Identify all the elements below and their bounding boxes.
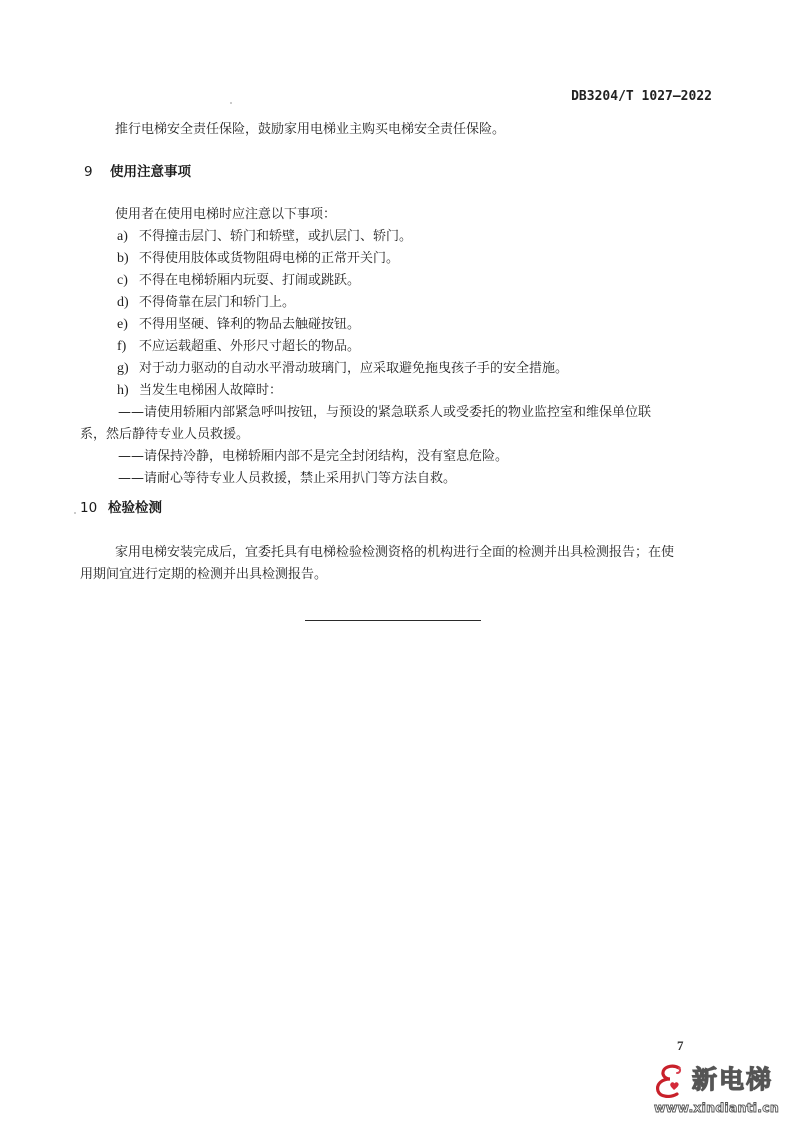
list-item: e)不得用坚硬、锋利的物品去触碰按钮。 (117, 317, 360, 333)
list-item-text: 不应运载超重、外形尺寸超长的物品。 (139, 339, 360, 354)
list-item: c)不得在电梯轿厢内玩耍、打闹或跳跃。 (117, 273, 360, 289)
list-item-text: 不得在电梯轿厢内玩耍、打闹或跳跃。 (139, 273, 360, 288)
list-item-text: 不得撞击层门、轿门和轿壁，或扒层门、轿门。 (139, 229, 412, 244)
section-9-heading: 9使用注意事项 (84, 164, 191, 180)
watermark-title: 新电梯 (692, 1064, 773, 1096)
section-10-paragraph-line1: 家用电梯安装完成后，宜委托具有电梯检验检测资格的机构进行全面的检测并出具检测报告… (115, 545, 674, 561)
list-marker: e) (117, 317, 139, 333)
list-marker: c) (117, 273, 139, 289)
stylized-e-heart-logo-icon (654, 1064, 688, 1098)
section-number: 10 (80, 500, 108, 516)
scan-speck (230, 102, 232, 104)
list-item-text: 不得倚靠在层门和轿门上。 (139, 295, 295, 310)
document-page: DB3204/T 1027—2022 推行电梯安全责任保险，鼓励家用电梯业主购买… (0, 0, 800, 1131)
list-item-text: 不得使用肢体或货物阻碍电梯的正常开关门。 (139, 251, 399, 266)
dash-item-stay-calm: ——请保持冷静，电梯轿厢内部不是完全封闭结构，没有窒息危险。 (118, 449, 508, 465)
list-item-text: 当发生电梯困人故障时： (139, 383, 282, 398)
dash-item-emergency-call-continued: 系，然后静待专业人员救援。 (80, 427, 249, 443)
list-item: f)不应运载超重、外形尺寸超长的物品。 (117, 339, 360, 355)
list-marker: d) (117, 295, 139, 311)
watermark-url: www.xindianti.cn (654, 1101, 779, 1115)
list-marker: a) (117, 229, 139, 245)
section-9-intro: 使用者在使用电梯时应注意以下事项： (115, 207, 336, 223)
list-item: d)不得倚靠在层门和轿门上。 (117, 295, 295, 311)
list-marker: h) (117, 383, 139, 399)
end-of-document-rule (305, 620, 481, 621)
list-item: b)不得使用肢体或货物阻碍电梯的正常开关门。 (117, 251, 399, 267)
continuation-paragraph: 推行电梯安全责任保险，鼓励家用电梯业主购买电梯安全责任保险。 (115, 122, 505, 138)
list-item: a)不得撞击层门、轿门和轿壁，或扒层门、轿门。 (117, 229, 412, 245)
section-10-paragraph-line2: 用期间宜进行定期的检测并出具检测报告。 (80, 567, 327, 583)
section-title: 使用注意事项 (110, 164, 191, 180)
list-marker: g) (117, 361, 139, 377)
list-marker: b) (117, 251, 139, 267)
section-title: 检验检测 (108, 500, 162, 516)
section-number: 9 (84, 164, 110, 180)
site-watermark: 新电梯 www.xindianti.cn (652, 1064, 797, 1120)
scan-speck (74, 512, 76, 514)
list-item-text: 不得用坚硬、锋利的物品去触碰按钮。 (139, 317, 360, 332)
list-item: g)对于动力驱动的自动水平滑动玻璃门，应采取避免拖曳孩子手的安全措施。 (117, 361, 568, 377)
dash-item-wait-rescue: ——请耐心等待专业人员救援，禁止采用扒门等方法自救。 (118, 471, 456, 487)
page-number: 7 (677, 1038, 684, 1054)
dash-item-emergency-call: ——请使用轿厢内部紧急呼叫按钮，与预设的紧急联系人或受委托的物业监控室和维保单位… (118, 405, 651, 421)
list-item: h)当发生电梯困人故障时： (117, 383, 282, 399)
section-10-heading: 10检验检测 (80, 500, 162, 516)
list-marker: f) (117, 339, 139, 355)
standard-code-header: DB3204/T 1027—2022 (571, 89, 712, 104)
list-item-text: 对于动力驱动的自动水平滑动玻璃门，应采取避免拖曳孩子手的安全措施。 (139, 361, 568, 376)
